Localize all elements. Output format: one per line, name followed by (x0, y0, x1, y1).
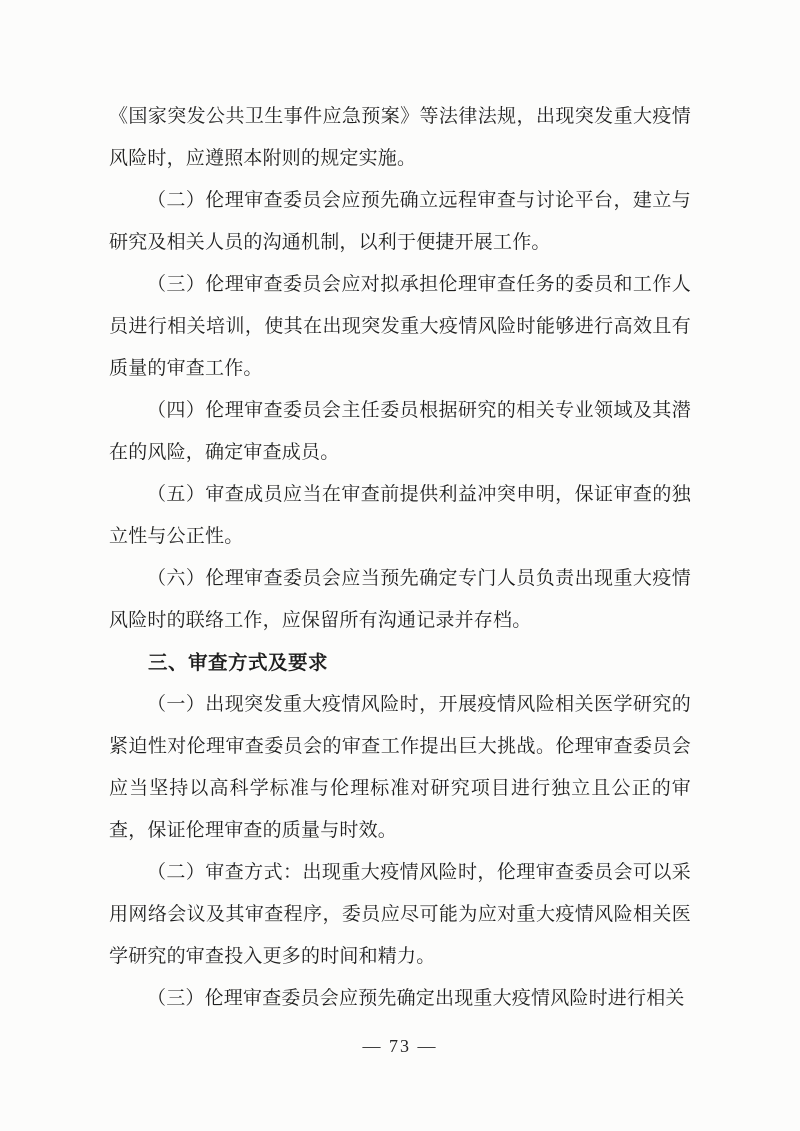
paragraph: （三）伦理审查委员会应对拟承担伦理审查任务的委员和工作人员进行相关培训，使其在出… (109, 264, 691, 390)
section-heading: 三、审查方式及要求 (109, 642, 691, 684)
paragraph: 《国家突发公共卫生事件应急预案》等法律法规，出现突发重大疫情风险时，应遵照本附则… (109, 96, 691, 180)
paragraph: （三）伦理审查委员会应预先确定出现重大疫情风险时进行相关 (109, 978, 691, 1020)
page-number-footer: — 73 — (0, 1032, 800, 1060)
page-number: — 73 — (363, 1036, 438, 1056)
paragraph: （六）伦理审查委员会应当预先确定专门人员负责出现重大疫情风险时的联络工作，应保留… (109, 558, 691, 642)
paragraph: （四）伦理审查委员会主任委员根据研究的相关专业领域及其潜在的风险，确定审查成员。 (109, 390, 691, 474)
paragraph: （二）伦理审查委员会应预先确立远程审查与讨论平台，建立与研究及相关人员的沟通机制… (109, 180, 691, 264)
paragraph: （二）审查方式：出现重大疫情风险时，伦理审查委员会可以采用网络会议及其审查程序，… (109, 852, 691, 978)
paragraph: （五）审查成员应当在审查前提供利益冲突申明，保证审查的独立性与公正性。 (109, 474, 691, 558)
document-body: 《国家突发公共卫生事件应急预案》等法律法规，出现突发重大疫情风险时，应遵照本附则… (109, 96, 691, 1020)
paragraph: （一）出现突发重大疫情风险时，开展疫情风险相关医学研究的紧迫性对伦理审查委员会的… (109, 684, 691, 852)
document-page: 《国家突发公共卫生事件应急预案》等法律法规，出现突发重大疫情风险时，应遵照本附则… (0, 0, 800, 1131)
